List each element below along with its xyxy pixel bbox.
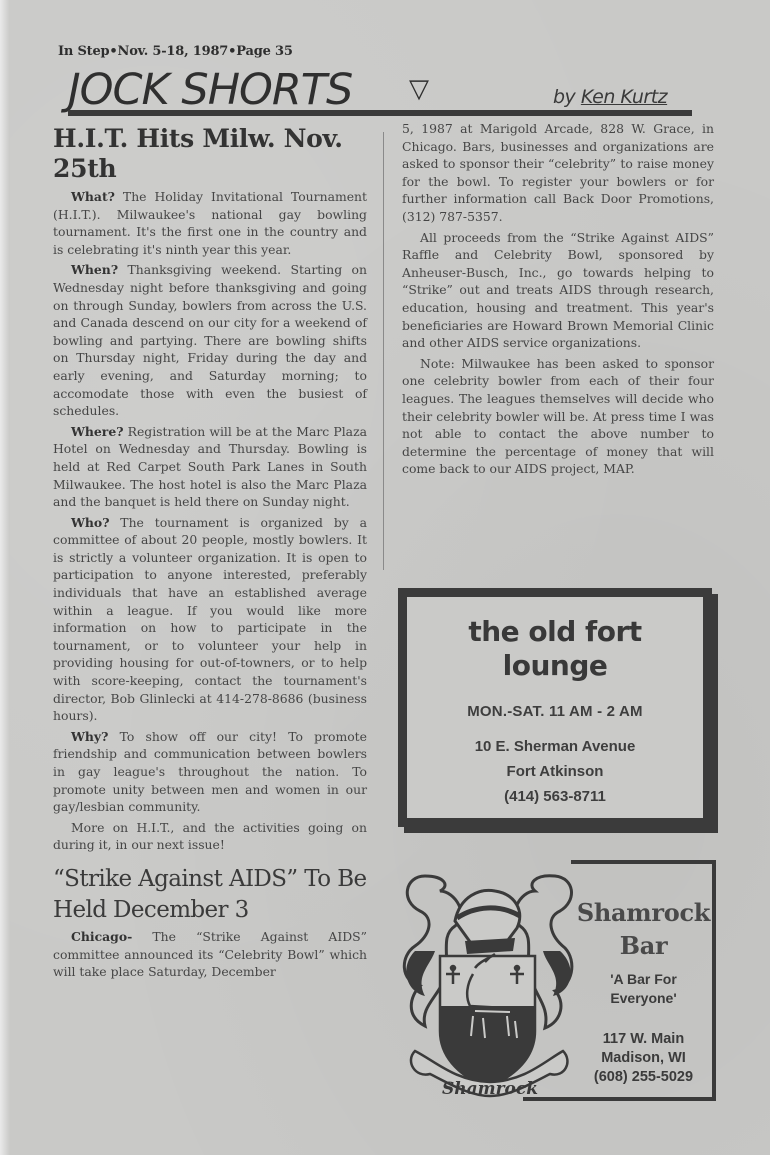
ad-shamrock-bar: Shamrock Shamrock Bar 'A Bar For Everyon…: [395, 856, 720, 1106]
column-title: JOCK SHORTS: [68, 66, 352, 114]
ad-phone: (414) 563-8711: [407, 784, 703, 809]
ad-street: 10 E. Sherman Avenue: [407, 734, 703, 759]
ad-business-name-line1: the old fort: [407, 615, 703, 649]
ad-tagline: 'A Bar For Everyone': [571, 970, 716, 1008]
ad-text: Shamrock Bar 'A Bar For Everyone' 117 W.…: [571, 896, 716, 1087]
ad-business-name-line1: Shamrock: [571, 896, 716, 929]
ad-phone: (608) 255-5029: [571, 1068, 716, 1087]
masthead-rule-byline: [624, 110, 692, 116]
right-column: 5, 1987 at Marigold Arcade, 828 W. Grace…: [402, 120, 714, 481]
masthead-rule: [68, 110, 624, 116]
ad-body: the old fort lounge MON.-SAT. 11 AM - 2 …: [407, 597, 703, 818]
ad-address: 117 W. Main Madison, WI (608) 255-5029: [571, 1030, 716, 1087]
paragraph-text: More on H.I.T., and the activities going…: [53, 820, 367, 853]
ad-old-fort-lounge: the old fort lounge MON.-SAT. 11 AM - 2 …: [398, 588, 718, 833]
lead-in: What?: [71, 189, 115, 204]
page-edge-shadow: [0, 0, 10, 1155]
ad-business-name-line2: Bar: [571, 929, 716, 962]
byline-author: Ken Kurtz: [581, 86, 667, 108]
ad-border: the old fort lounge MON.-SAT. 11 AM - 2 …: [398, 588, 712, 827]
ad-hours: MON.-SAT. 11 AM - 2 AM: [407, 703, 703, 720]
ad-tagline-line1: 'A Bar For: [571, 970, 716, 989]
article2-paragraph-continued: 5, 1987 at Marigold Arcade, 828 W. Grace…: [402, 120, 714, 226]
paragraph-text: The tournament is organized by a committ…: [53, 515, 367, 724]
page-folio: In Step•Nov. 5-18, 1987•Page 35: [58, 44, 293, 59]
article1-paragraph-what: What? The Holiday Invitational Tournamen…: [53, 188, 367, 258]
article1-paragraph-who: Who? The tournament is organized by a co…: [53, 514, 367, 725]
article1-paragraph-why: Why? To show off our city! To promote fr…: [53, 728, 367, 816]
article1-headline: H.I.T. Hits Milw. Nov. 25th: [53, 124, 367, 184]
ad-street: 117 W. Main: [571, 1030, 716, 1049]
article2-paragraph-chicago: Chicago- The “Strike Against AIDS” commi…: [53, 928, 367, 981]
byline-prefix: by: [553, 86, 575, 108]
article2-paragraph-proceeds: All proceeds from the “Strike Against AI…: [402, 229, 714, 352]
article2-paragraph-note: Note: Milwaukee has been asked to sponso…: [402, 355, 714, 478]
article1-paragraph-more: More on H.I.T., and the activities going…: [53, 819, 367, 854]
column-divider: [383, 132, 384, 570]
left-column: H.I.T. Hits Milw. Nov. 25th What? The Ho…: [53, 124, 367, 984]
paragraph-text: Thanksgiving weekend. Starting on Wednes…: [53, 262, 367, 418]
lead-in: Why?: [71, 729, 108, 744]
ad-business-name-line2: lounge: [407, 649, 703, 683]
byline: by Ken Kurtz: [553, 86, 667, 108]
article1-paragraph-where: Where? Registration will be at the Marc …: [53, 423, 367, 511]
lead-in: When?: [71, 262, 118, 277]
coat-of-arms-icon: Shamrock: [395, 856, 580, 1106]
svg-text:Shamrock: Shamrock: [442, 1079, 538, 1099]
ad-tagline-line2: Everyone': [571, 989, 716, 1008]
column-masthead: JOCK SHORTS ▽ by Ken Kurtz: [68, 66, 692, 118]
lead-in: Chicago-: [71, 929, 132, 944]
ad-city: Fort Atkinson: [407, 759, 703, 784]
ad-address: 10 E. Sherman Avenue Fort Atkinson (414)…: [407, 734, 703, 809]
ad-city: Madison, WI: [571, 1049, 716, 1068]
triangle-icon: ▽: [409, 74, 429, 104]
lead-in: Who?: [71, 515, 109, 530]
article2-headline: “Strike Against AIDS” To Be Held Decembe…: [53, 864, 367, 926]
lead-in: Where?: [71, 424, 123, 439]
article1-paragraph-when: When? Thanksgiving weekend. Starting on …: [53, 261, 367, 419]
